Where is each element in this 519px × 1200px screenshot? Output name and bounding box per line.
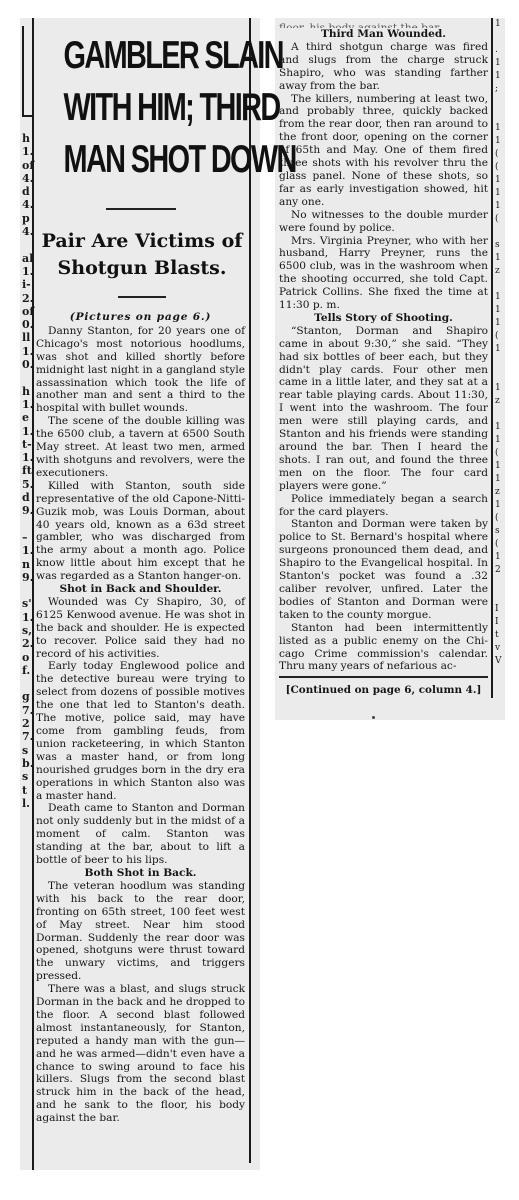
headline-line-1: GAMBLER SLAIN [64,30,221,82]
subhead: Shot in Back and Shoulder. [36,583,245,596]
continued-note: [Continued on page 6, column 4.] [279,684,488,697]
headline-divider [106,208,176,210]
left-box-bottom [22,115,32,117]
paragraph: There was a blast, and slugs struck Dorm… [36,983,245,1125]
cut-off-line: floor, his body against the bar. [279,22,488,28]
paragraph: Stanton and Dorman were taken by police … [279,518,488,621]
column-rule-middle [249,18,251,1163]
ink-speck [372,716,375,719]
paragraph: Danny Stanton, for 20 years one of Chica… [36,325,245,415]
paragraph: The killers, numbering at least two, and… [279,93,488,209]
deck-line-2: Shotgun Blasts. [36,255,248,282]
adjacent-column-fragment-right: 1 . 1 1 ; 1 1 ( ( 1 1 1 ( s 1 z 1 1 1 ( … [495,18,502,668]
paragraph: The veteran hoodlum was stand­ing with h… [36,880,245,983]
deck-line-1: Pair Are Victims of [36,228,248,255]
paragraph: No witnesses to the double murder were f… [279,209,488,235]
paragraph: “Stanton, Dorman and Shapiro came in abo… [279,325,488,493]
paragraph: The scene of the double killing was the … [36,415,245,480]
paragraph: Death came to Stanton and Dor­man not on… [36,802,245,867]
subhead: Both Shot in Back. [36,867,245,880]
headline-line-3: MAN SHOT DOWN [64,134,221,186]
column-rule-left-outer [22,26,24,116]
subhead: Third Man Wounded. [279,28,488,41]
paragraph: Wounded was Cy Shapiro, 30, of 6125 Kenw… [36,596,245,661]
deck-divider [118,296,166,298]
paragraph: Early today Englewood police and the det… [36,660,245,802]
adjacent-column-fragment-left: h 1. of 4. d 4. p 4. al 1. i- 2. of 0. l… [22,132,34,810]
headline-line-2: WITH HIM; THIRD [64,82,221,134]
paragraph: Stanton had been intermittently listed a… [279,622,488,674]
column-rule-right [491,18,493,698]
continuation-rule [279,676,488,678]
paragraph: Killed with Stanton, south side represen… [36,480,245,583]
paragraph: A third shotgun charge was fired and slu… [279,41,488,93]
deck-headline: Pair Are Victims of Shotgun Blasts. [36,228,248,282]
paragraph: Police immediately began a search for th… [279,493,488,519]
headline: GAMBLER SLAIN WITH HIM; THIRD MAN SHOT D… [64,30,221,186]
paragraph: Mrs. Virginia Preyner, who with her husb… [279,235,488,312]
article-column-left: (Pictures on page 6.) Danny Stanton, for… [36,311,245,1125]
subhead: Tells Story of Shooting. [279,312,488,325]
article-column-right: floor, his body against the bar. Third M… [279,22,488,697]
pictures-note: (Pictures on page 6.) [36,311,245,324]
